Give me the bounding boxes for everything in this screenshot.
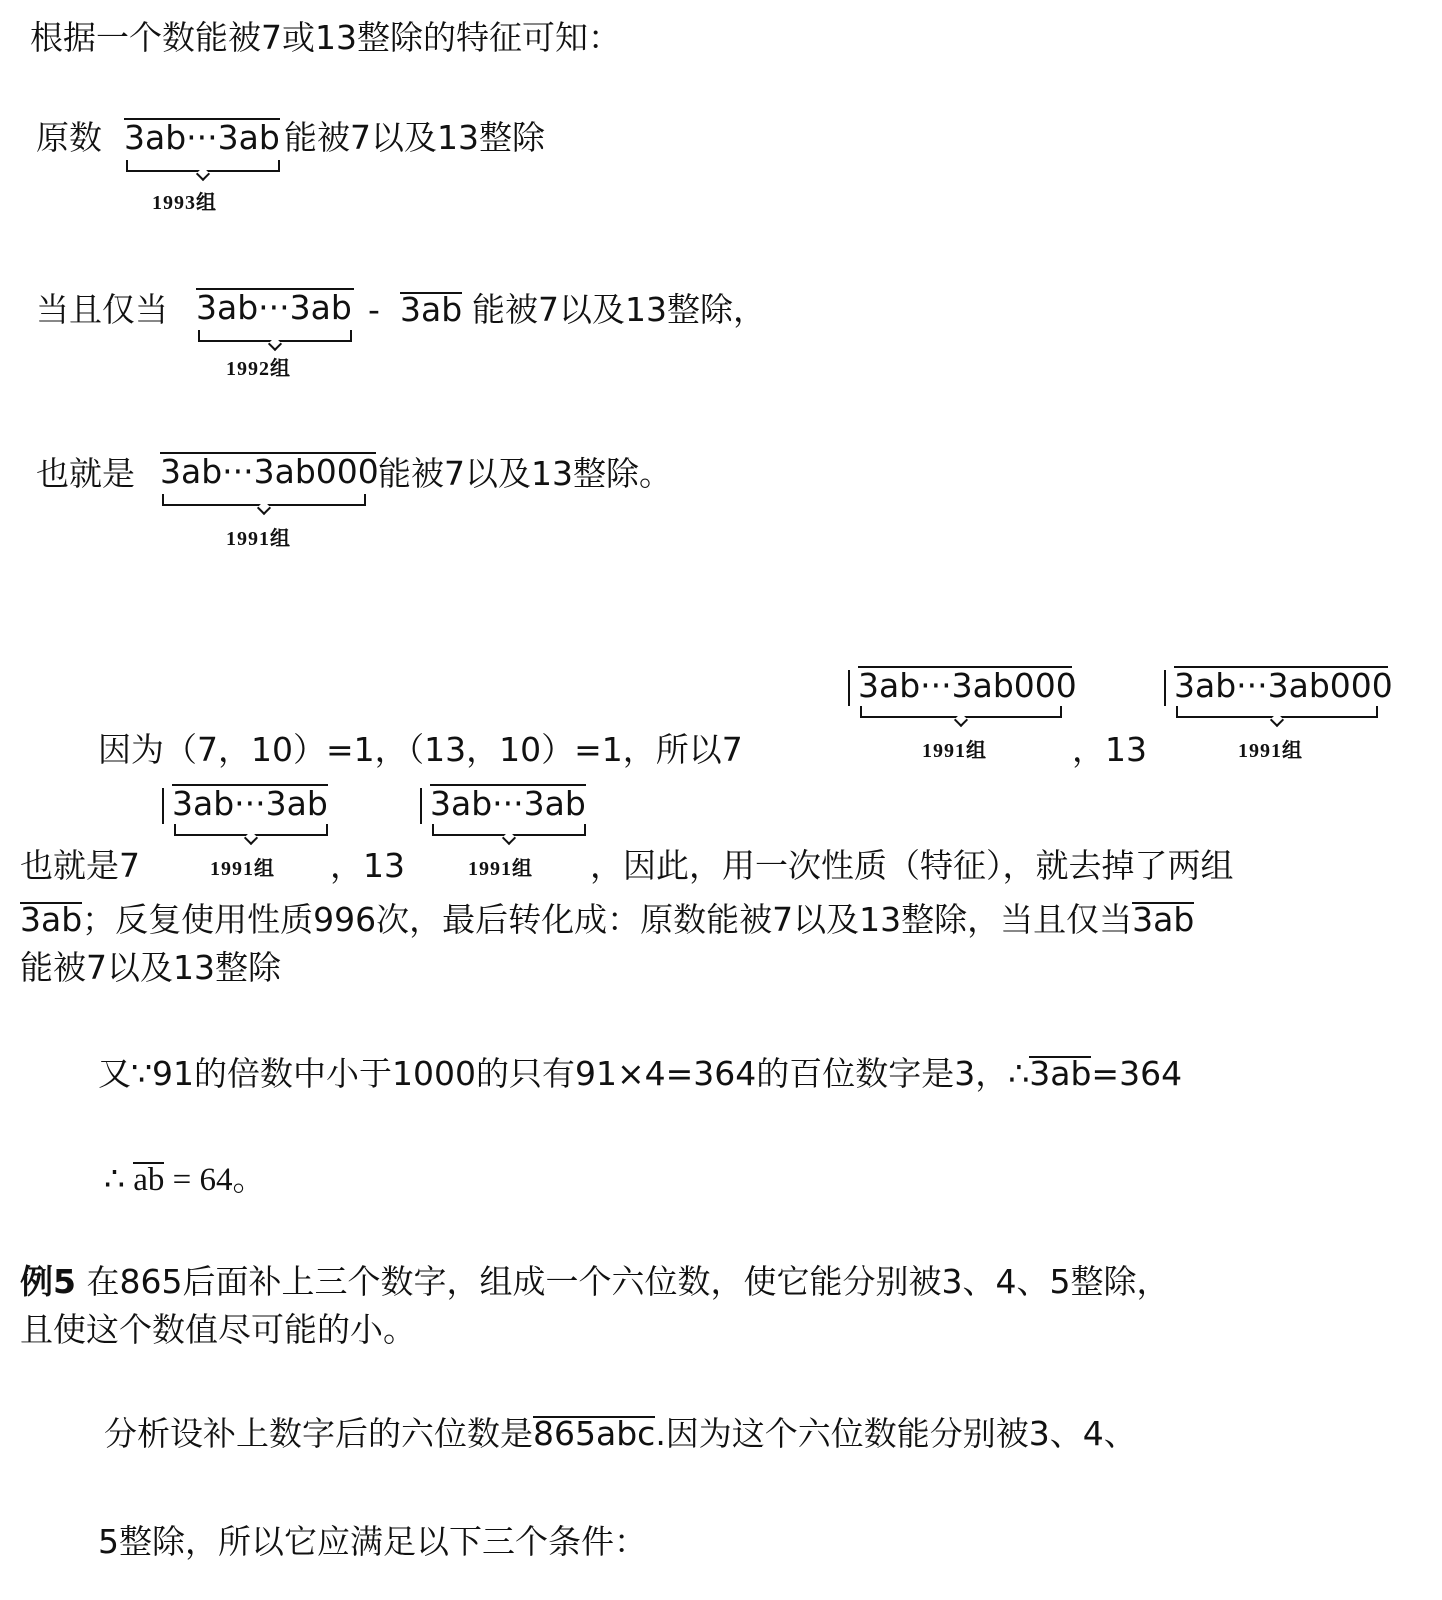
overline-3ab: 3ab	[1029, 1056, 1091, 1090]
analysis-prefix: 分析设补上数字后的六位数是	[104, 1414, 533, 1453]
underbrace-icon	[126, 160, 280, 172]
example-5-line1: 例5 在865后面补上三个数字，组成一个六位数，使它能分别被3、4、5整除，	[20, 1262, 1169, 1302]
line3-suffix: 能被7以及13整除。	[378, 454, 672, 494]
example-5-line2: 且使这个数值尽可能的小。	[20, 1310, 416, 1350]
line1-prefix: 原数	[36, 118, 102, 157]
divides-group-7b: 3ab···3ab 1991组	[172, 784, 332, 884]
line6-text: ；反复使用性质996次，最后转化成：原数能被7以及13整除，当且仅当	[82, 900, 1132, 939]
divides-group-13: 3ab···3ab000 1991组	[1174, 666, 1394, 766]
line7: 能被7以及13整除	[20, 948, 281, 988]
line4-sep: ，13	[1072, 730, 1147, 770]
line5-prefix: 也就是7	[20, 846, 140, 886]
line6: 3ab；反复使用性质996次，最后转化成：原数能被7以及13整除，当且仅当3ab	[20, 900, 1194, 940]
brace-count-label: 1991组	[468, 852, 533, 881]
analysis-line2: 5整除，所以它应满足以下三个条件：	[98, 1522, 647, 1562]
brace-count-label: 1993组	[152, 186, 217, 215]
intro-text: 根据一个数能被7或13整除的特征可知：	[30, 18, 621, 58]
overline-3ab-end: 3ab	[1132, 902, 1194, 936]
minus-sign: -	[368, 290, 380, 330]
analysis-line1: 分析设补上数字后的六位数是865abc.因为这个六位数能分别被3、4、	[104, 1414, 1137, 1454]
divides-group-13b: 3ab···3ab 1991组	[430, 784, 590, 884]
brace-count-label: 1991组	[210, 852, 275, 881]
line2-prefix: 当且仅当	[36, 290, 168, 330]
divides-bar-icon	[848, 670, 850, 706]
line4-prefix: 因为（7，10）=1，（13，10）=1，所以7	[98, 730, 743, 770]
line9-suffix: = 64。	[173, 1162, 266, 1198]
brace-group-1993: 3ab···3ab 1993组	[124, 118, 284, 218]
overline-number: 3ab···3ab000	[858, 666, 1072, 704]
underbrace-icon	[198, 330, 352, 342]
overline-number: 3ab···3ab000	[160, 452, 376, 490]
brace-count-label: 1991组	[922, 734, 987, 763]
line8-suffix: =364	[1091, 1054, 1182, 1093]
brace-count-label: 1991组	[1238, 734, 1303, 763]
analysis-suffix: .因为这个六位数能分别被3、4、	[655, 1414, 1136, 1453]
overline-3ab: 3ab	[400, 290, 462, 330]
line8-text: 又∵91的倍数中小于1000的只有91×4=364的百位数字是3，∴	[98, 1054, 1029, 1093]
underbrace-icon	[1176, 706, 1378, 718]
brace-count-label: 1991组	[226, 522, 291, 551]
divides-group-7: 3ab···3ab000 1991组	[858, 666, 1078, 766]
overline-number: 3ab···3ab	[172, 784, 328, 822]
line5-suffix: ，因此，用一次性质（特征），就去掉了两组	[590, 846, 1234, 886]
brace-count-label: 1992组	[226, 352, 291, 381]
divides-bar-icon	[1164, 670, 1166, 706]
therefore-symbol: ∴	[104, 1162, 125, 1198]
line-original-number: 原数	[36, 118, 102, 158]
brace-group-1991: 3ab···3ab000 1991组	[160, 452, 380, 552]
example-label: 例5	[20, 1262, 76, 1301]
overline-ab: ab	[133, 1162, 164, 1196]
line5-sep: ，13	[330, 846, 405, 886]
underbrace-icon	[432, 824, 586, 836]
line8: 又∵91的倍数中小于1000的只有91×4=364的百位数字是3，∴3ab=36…	[98, 1054, 1182, 1094]
overline-number: 3ab···3ab000	[1174, 666, 1388, 704]
line3-prefix: 也就是	[36, 454, 135, 494]
line1-suffix: 能被7以及13整除	[284, 118, 545, 158]
line2-suffix: 能被7以及13整除，	[472, 290, 766, 330]
overline-number: 3ab···3ab	[196, 288, 354, 326]
divides-bar-icon	[420, 788, 422, 824]
overline-number: 3ab···3ab	[430, 784, 586, 822]
divides-bar-icon	[162, 788, 164, 824]
line9: ∴ ab = 64。	[104, 1160, 266, 1200]
example-text-1: 在865后面补上三个数字，组成一个六位数，使它能分别被3、4、5整除，	[86, 1262, 1169, 1301]
overline-number: 3ab···3ab	[124, 118, 280, 156]
underbrace-icon	[162, 494, 366, 506]
overline-3ab: 3ab	[20, 902, 82, 936]
underbrace-icon	[174, 824, 328, 836]
brace-group-1992: 3ab···3ab 1992组	[196, 288, 360, 388]
overline-865abc: 865abc	[533, 1416, 655, 1450]
underbrace-icon	[860, 706, 1062, 718]
